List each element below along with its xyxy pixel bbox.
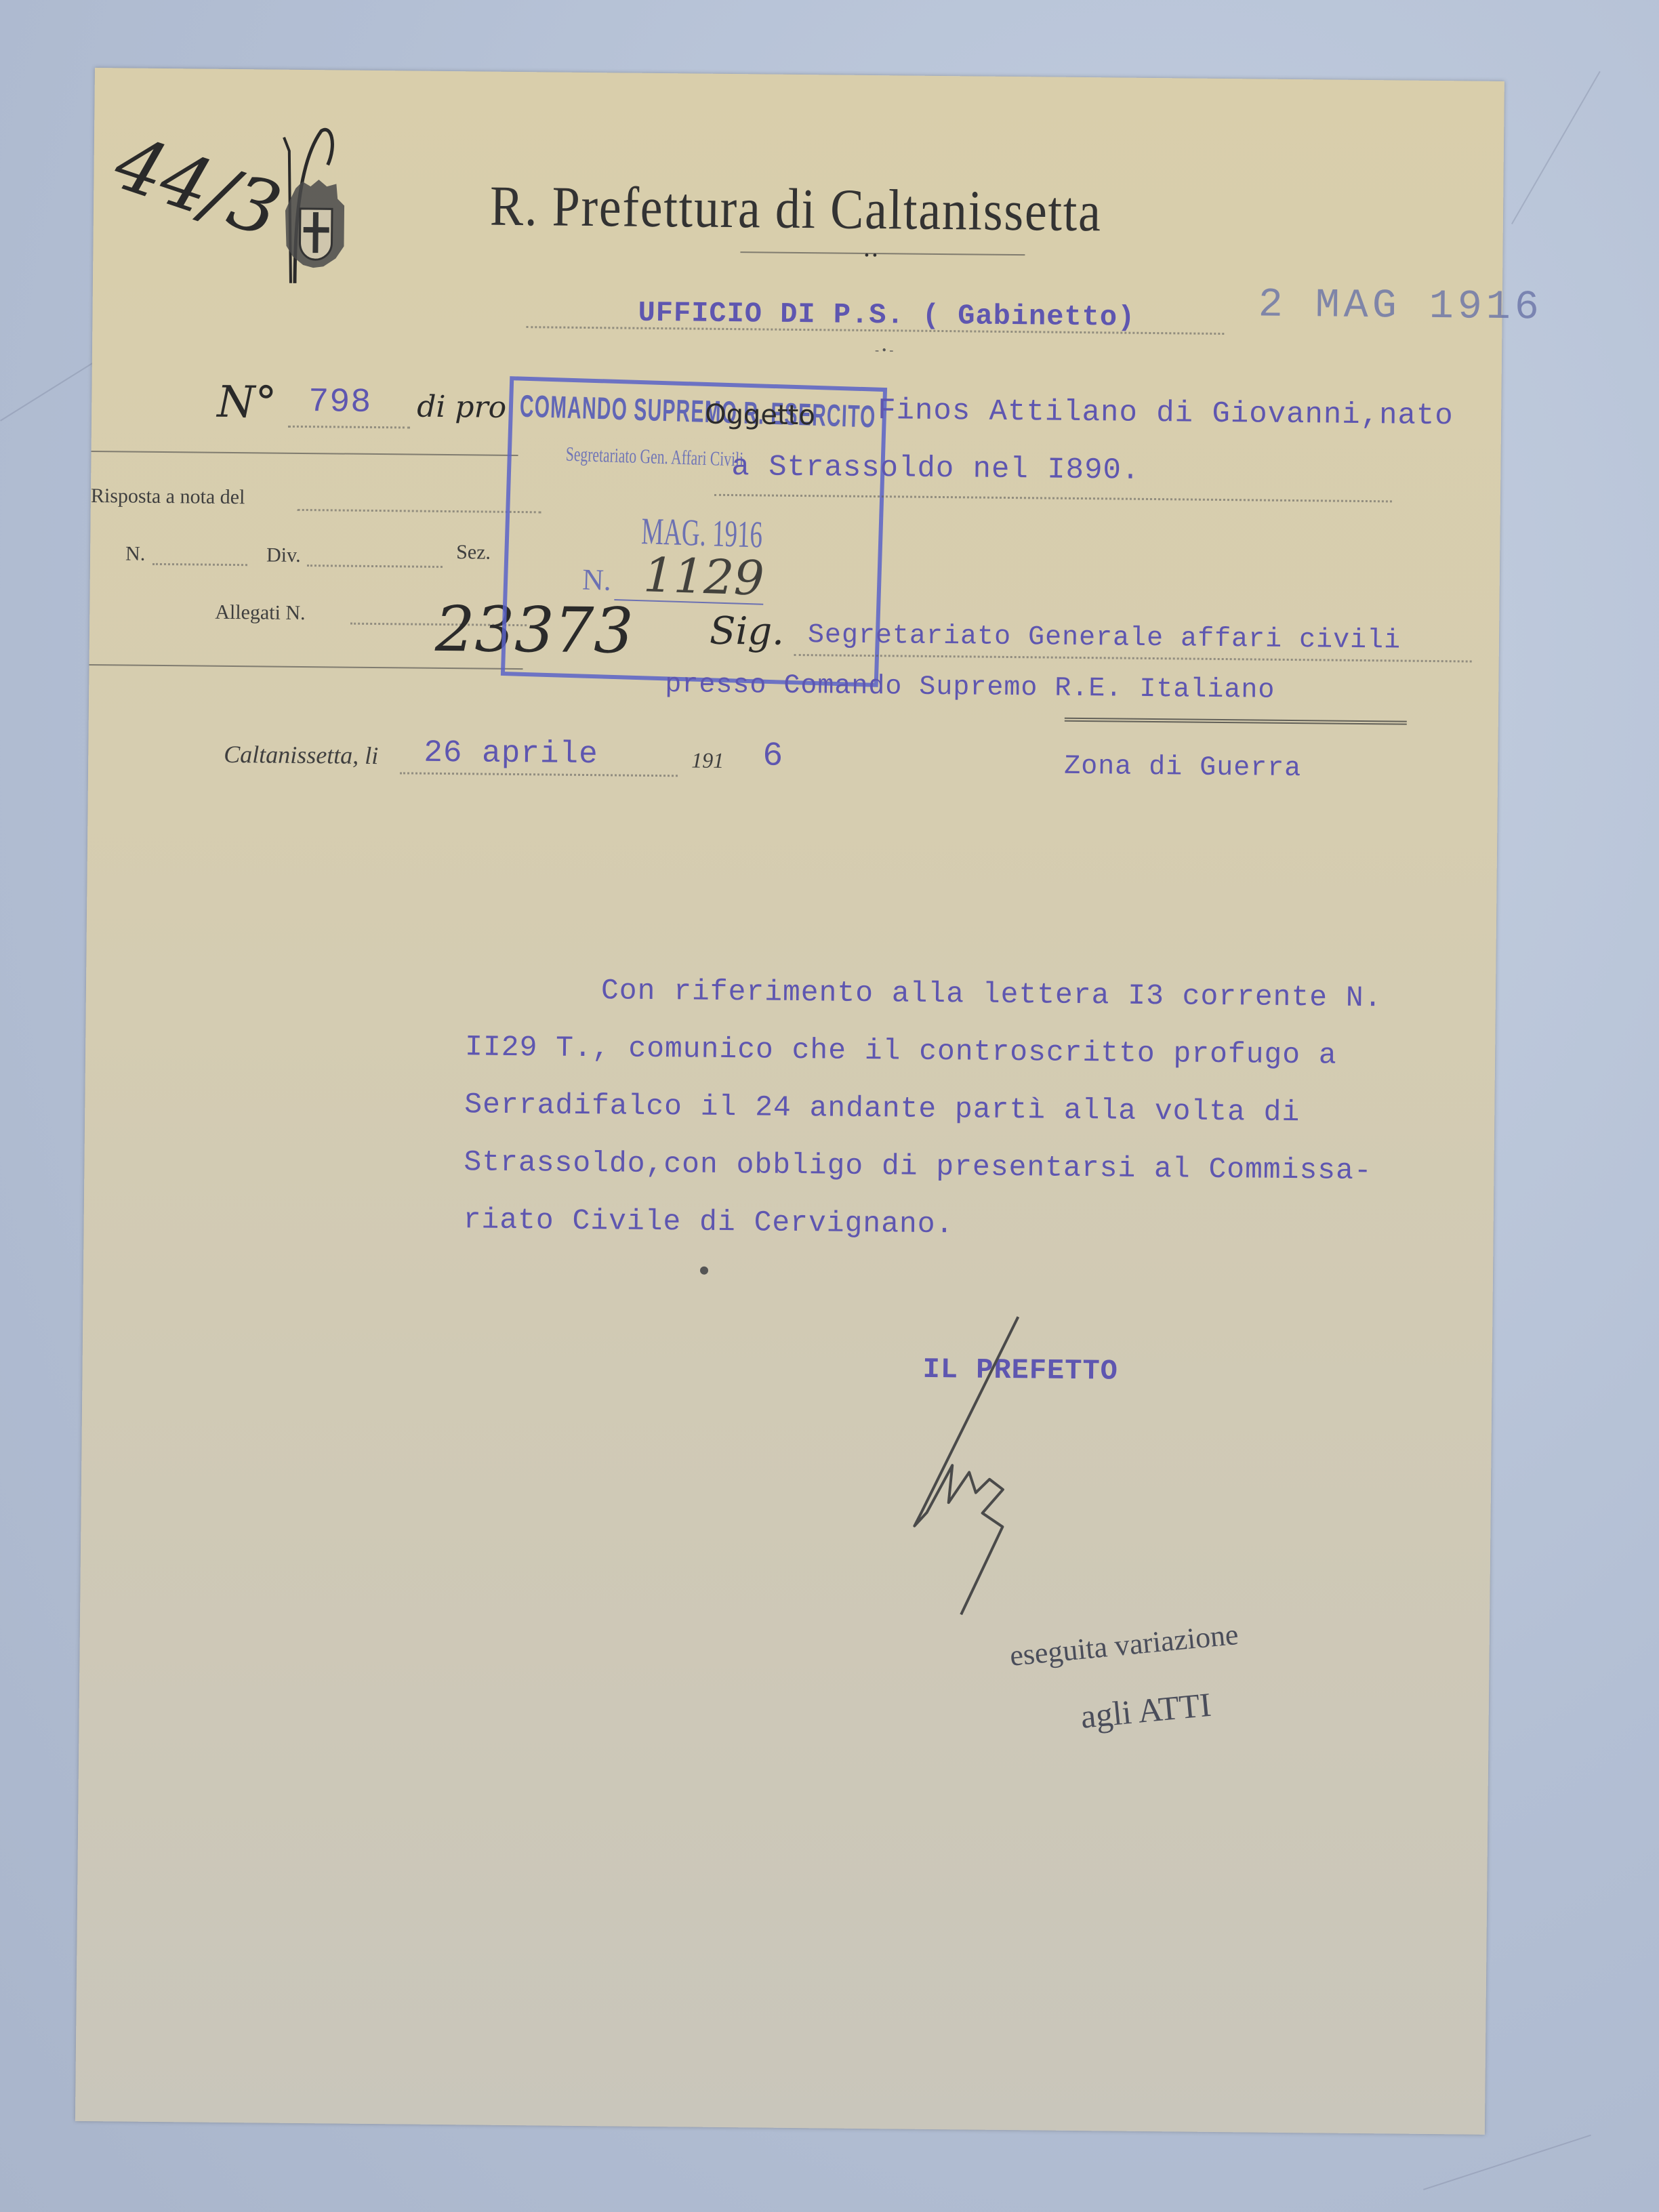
received-date-stamp: 2 MAG 1916 [1258,282,1543,331]
sez-label: Sez. [456,541,491,564]
dateline-year-prefix: 191 [691,747,724,773]
stamp-subheader: Segretariato Gen. Affari Civili [565,443,743,472]
dateline-place: Caltanissetta, li [224,740,378,770]
risposta-field [298,509,541,513]
div-label: Div. [266,544,301,567]
div-field [307,565,443,568]
handwritten-signature-icon [893,1309,1072,1622]
protocol-number: 798 [308,383,372,422]
recipient-line-1: Segretariato Generale affari civili [808,620,1401,656]
body-line-3: Serradifalco il 24 andante partì alla vo… [464,1088,1300,1129]
filing-stamp-line-1: eseguita variazione [1008,1617,1240,1673]
background-crease [1423,2135,1591,2190]
dateline-year-suffix: 6 [762,737,784,776]
sig-label: Sig. [710,609,785,654]
body-line-5: riato Civile di Cervignano. [463,1203,954,1241]
recipient-line-2: presso Comando Supremo R.E. Italiano [665,670,1275,706]
protocol-di-label: di pro [417,390,506,425]
office-divider-ornament: - • - [875,343,893,357]
recipient-line-3: Zona di Guerra [1064,752,1301,784]
stamp-n-value: 1129 [642,547,765,606]
body-line-4: Strassoldo,con obbligo di presentarsi al… [464,1145,1372,1187]
oggetto-label: Oggetto [705,399,815,432]
background-crease [1511,71,1601,224]
dateline-underline [400,772,678,777]
risposta-label: Risposta a nota del [91,485,245,509]
n-label: N. [125,542,145,565]
title-divider [740,251,1025,255]
dateline-date: 26 aprile [424,735,598,772]
title-divider-ornament: • • [864,248,877,264]
subject-line-2: a Strassoldo nel I890. [731,450,1140,488]
body-line-2: II29 T., comunico che il controscritto p… [465,1030,1337,1071]
protocol-number-label: N° [217,377,277,428]
body-line-1: Con riferimento alla lettera I3 corrente… [601,974,1382,1015]
subject-line-1: Finos Attilano di Giovanni,nato [878,394,1454,433]
allegati-label: Allegati N. [215,601,306,625]
protocol-number-underline [288,426,410,429]
coat-of-arms-icon [255,123,352,287]
office-label: UFFICIO DI P.S. ( Gabinetto) [638,297,1135,334]
document-page: 44/3 R. Prefettura di Caltanissetta • • … [75,68,1504,2135]
stamp-header: COMANDO SUPREMO R. ESERCITO [519,388,876,435]
stamp-n-label: N. [581,562,611,598]
letterhead-title: R. Prefettura di Caltanissetta [490,173,1103,245]
recipient-double-rule [1065,718,1407,725]
header-rule [91,451,518,456]
n-field [152,563,247,566]
filing-stamp-line-2: agli ATTI [1079,1685,1213,1736]
ink-dot [700,1267,708,1275]
